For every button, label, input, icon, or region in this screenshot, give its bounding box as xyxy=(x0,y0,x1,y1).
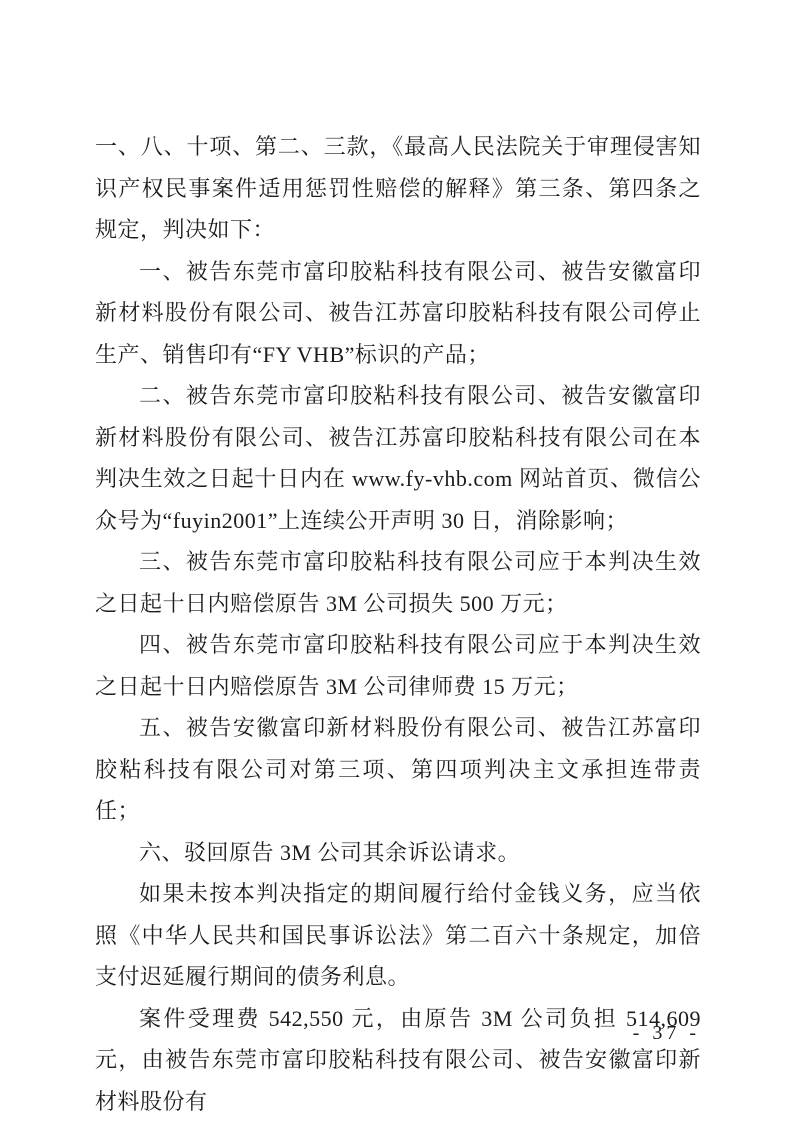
judgment-item-2: 二、被告东莞市富印胶粘科技有限公司、被告安徽富印新材料股份有限公司、被告江苏富印… xyxy=(95,375,701,541)
judgment-item-6: 六、驳回原告 3M 公司其余诉讼请求。 xyxy=(95,832,701,874)
court-fee-paragraph: 案件受理费 542,550 元，由原告 3M 公司负担 514,609 元，由被… xyxy=(95,998,701,1123)
judgment-item-3: 三、被告东莞市富印胶粘科技有限公司应于本判决生效之日起十日内赔偿原告 3M 公司… xyxy=(95,541,701,624)
judgment-body-text: 一、八、十项、第二、三款，《最高人民法院关于审理侵害知识产权民事案件适用惩罚性赔… xyxy=(95,126,701,1122)
continuation-paragraph: 一、八、十项、第二、三款，《最高人民法院关于审理侵害知识产权民事案件适用惩罚性赔… xyxy=(95,126,701,251)
judgment-item-1: 一、被告东莞市富印胶粘科技有限公司、被告安徽富印新材料股份有限公司、被告江苏富印… xyxy=(95,251,701,376)
judgment-item-4: 四、被告东莞市富印胶粘科技有限公司应于本判决生效之日起十日内赔偿原告 3M 公司… xyxy=(95,624,701,707)
page-number: - 37 - xyxy=(633,1022,700,1045)
judgment-page: 一、八、十项、第二、三款，《最高人民法院关于审理侵害知识产权民事案件适用惩罚性赔… xyxy=(0,0,794,1123)
judgment-item-5: 五、被告安徽富印新材料股份有限公司、被告江苏富印胶粘科技有限公司对第三项、第四项… xyxy=(95,707,701,832)
delay-interest-paragraph: 如果未按本判决指定的期间履行给付金钱义务，应当依照《中华人民共和国民事诉讼法》第… xyxy=(95,873,701,998)
